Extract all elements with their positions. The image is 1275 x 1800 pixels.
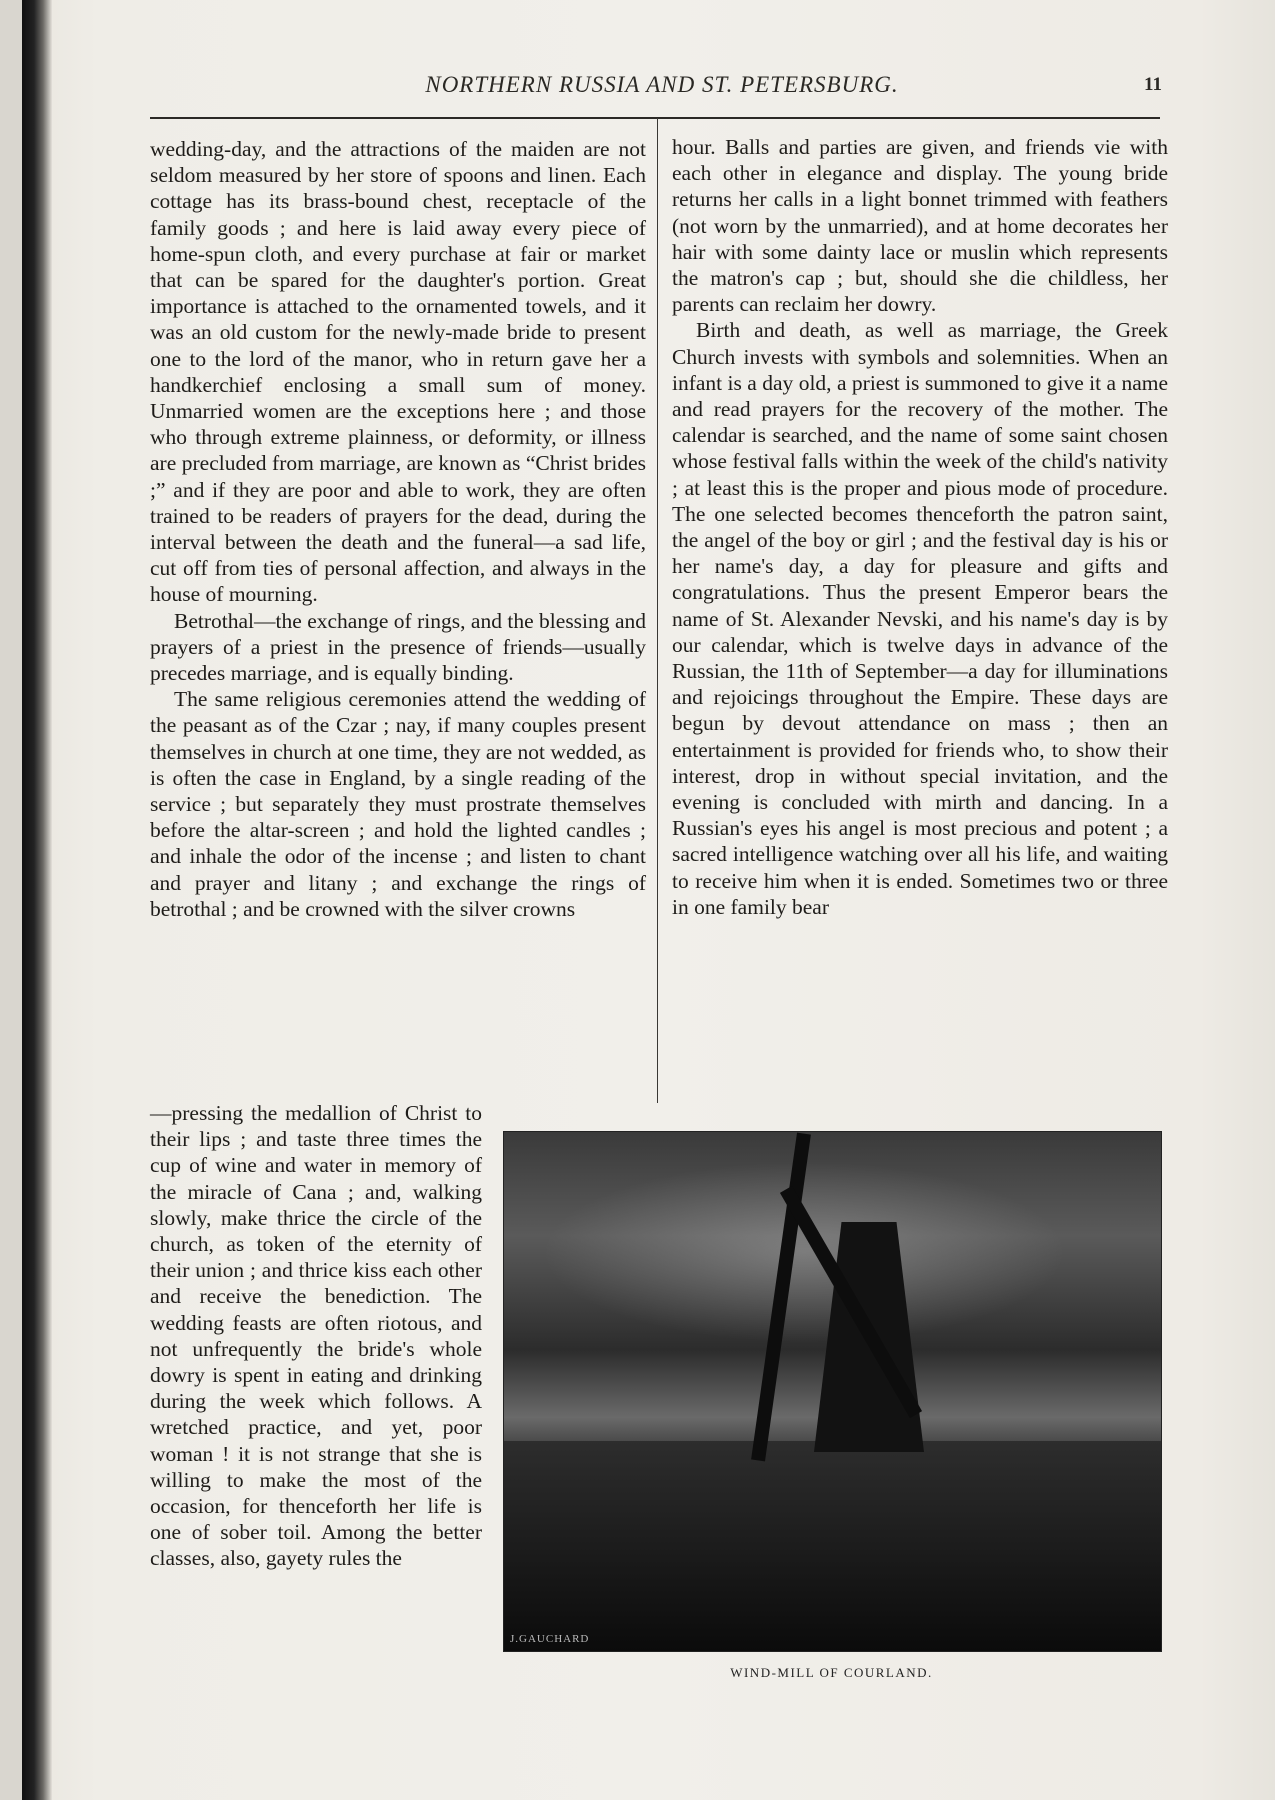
figure-caption: WIND-MILL OF COURLAND. [503, 1665, 1160, 1681]
book-page: NORTHERN RUSSIA AND ST. PETERSBURG. 11 w… [22, 0, 1275, 1800]
running-title: NORTHERN RUSSIA AND ST. PETERSBURG. [342, 72, 982, 98]
windmill-engraving: J.GAUCHARD [503, 1131, 1162, 1652]
paragraph: The same religious ceremonies attend the… [150, 686, 646, 922]
paragraph: Betrothal—the exchange of rings, and the… [150, 608, 646, 687]
left-column-continuation: —pressing the medallion of Christ to the… [150, 1100, 482, 1572]
paragraph: —pressing the medallion of Christ to the… [150, 1100, 482, 1572]
engraving-ground [504, 1441, 1161, 1651]
column-divider [657, 118, 658, 1103]
windmill-sail [751, 1133, 811, 1462]
paragraph: wedding-day, and the attractions of the … [150, 136, 646, 608]
engraver-signature: J.GAUCHARD [510, 1633, 589, 1645]
paragraph: hour. Balls and parties are given, and f… [672, 134, 1168, 317]
paragraph: Birth and death, as well as marriage, th… [672, 317, 1168, 920]
torn-page-edge [22, 0, 52, 1800]
page-number: 11 [1144, 74, 1162, 96]
header-rule [150, 117, 1160, 119]
left-column: wedding-day, and the attractions of the … [150, 136, 646, 922]
right-column: hour. Balls and parties are given, and f… [672, 134, 1168, 920]
